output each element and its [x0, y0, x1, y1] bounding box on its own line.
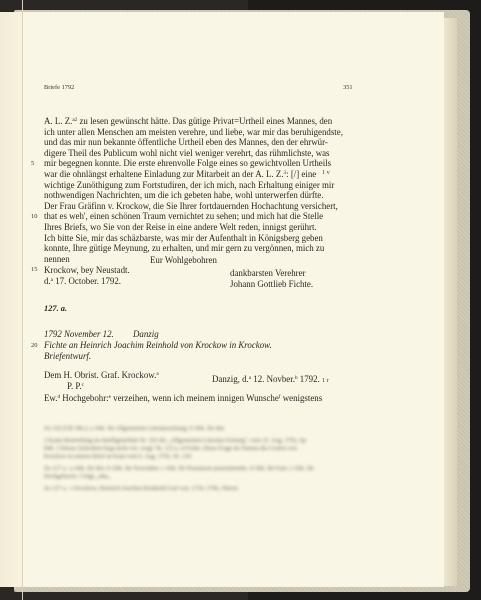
text-line: that es weh', einen schönen Traum vernic…	[44, 211, 303, 221]
text-line: ich unter allen Menschen am meisten vere…	[44, 127, 303, 137]
salutation: Eur Wohlgebohren	[150, 255, 217, 265]
line-number: 5	[31, 160, 34, 167]
footnote: Zu 127 a.: a Abk. für den. b Abk. für No…	[44, 465, 319, 481]
footnotes-blurred: Zu 126 (UB 306.): a Abk. für Allgemeinen…	[44, 425, 319, 497]
text-line: war die ohnlängst erhaltene Einladung zu…	[44, 169, 303, 179]
text-line: mir begegnen konnte. Die erste ehrenvoll…	[44, 158, 303, 168]
closing: dankbarsten Verehrer	[230, 268, 305, 278]
gutter-line	[22, 0, 23, 600]
date-line: d.a 17. October. 1792.	[44, 276, 121, 286]
running-title: Briefe 1792	[44, 84, 74, 91]
letter-type: Briefentwurf.	[44, 351, 91, 361]
text-line: Ihres Briefs, wo Sie von der Reise in ei…	[44, 222, 303, 232]
letter-title: Fichte an Heinrich Joachim Reinhold von …	[44, 340, 272, 350]
text-line: nothwendigen Nachrichten, um die ich geb…	[44, 190, 303, 200]
margin-note-folio: 1 v	[322, 169, 330, 176]
line-number: 15	[31, 266, 37, 273]
text-line: digere Theil des Publicum wohl nicht vie…	[44, 148, 303, 158]
signature: Johann Gottlieb Fichte.	[230, 279, 313, 289]
text-line: Der Frau Gräfinn v. Krockow, die Sie Ihr…	[44, 201, 303, 211]
text-line: A. L. Z.a2 zu lesen gewünscht hätte. Das…	[44, 116, 303, 126]
page-number: 351	[343, 84, 353, 91]
address-line: Dem H. Obrist. Graf. Krockow.a	[44, 370, 159, 380]
line-number: 10	[31, 213, 37, 220]
line-number: 20	[31, 342, 37, 349]
letter-place: Danzig	[133, 329, 159, 339]
book-page	[0, 12, 444, 587]
letter-body-start: Ew.d Hochgebohr:e verzeihen, wenn ich me…	[44, 393, 322, 403]
footnote: Zu 126 (UB 306.): a Abk. für Allgemeinen…	[44, 425, 319, 433]
footnote: Zu 127 a.: 1 Krockow, Heinrich Joachim R…	[44, 485, 319, 493]
text-line: wichtige Zunöthigung zum Fortstudiren, d…	[44, 180, 303, 190]
footnote: 2 Kants Beurteilung im Intelligenzblatt …	[44, 437, 319, 461]
pp-line: P. P.c	[67, 381, 84, 391]
text-line: Ich bitte Sie, mir das schäzbarste, was …	[44, 233, 303, 243]
left-page-edge	[0, 12, 23, 587]
text-line: und das mir nun bekannte öffentliche Urt…	[44, 137, 303, 147]
text-line: konnte, Ihre gütige Meynung, zu erhalten…	[44, 243, 303, 253]
letter-date: 1792 November 12.	[44, 329, 114, 339]
place-line: Krockow, bey Neustadt.	[44, 265, 130, 275]
margin-note-folio-2: 1 r	[322, 377, 329, 384]
dateline: Danzig, d.a 12. Novber.b 1792.	[212, 374, 320, 384]
letter-number: 127. a.	[44, 304, 67, 313]
